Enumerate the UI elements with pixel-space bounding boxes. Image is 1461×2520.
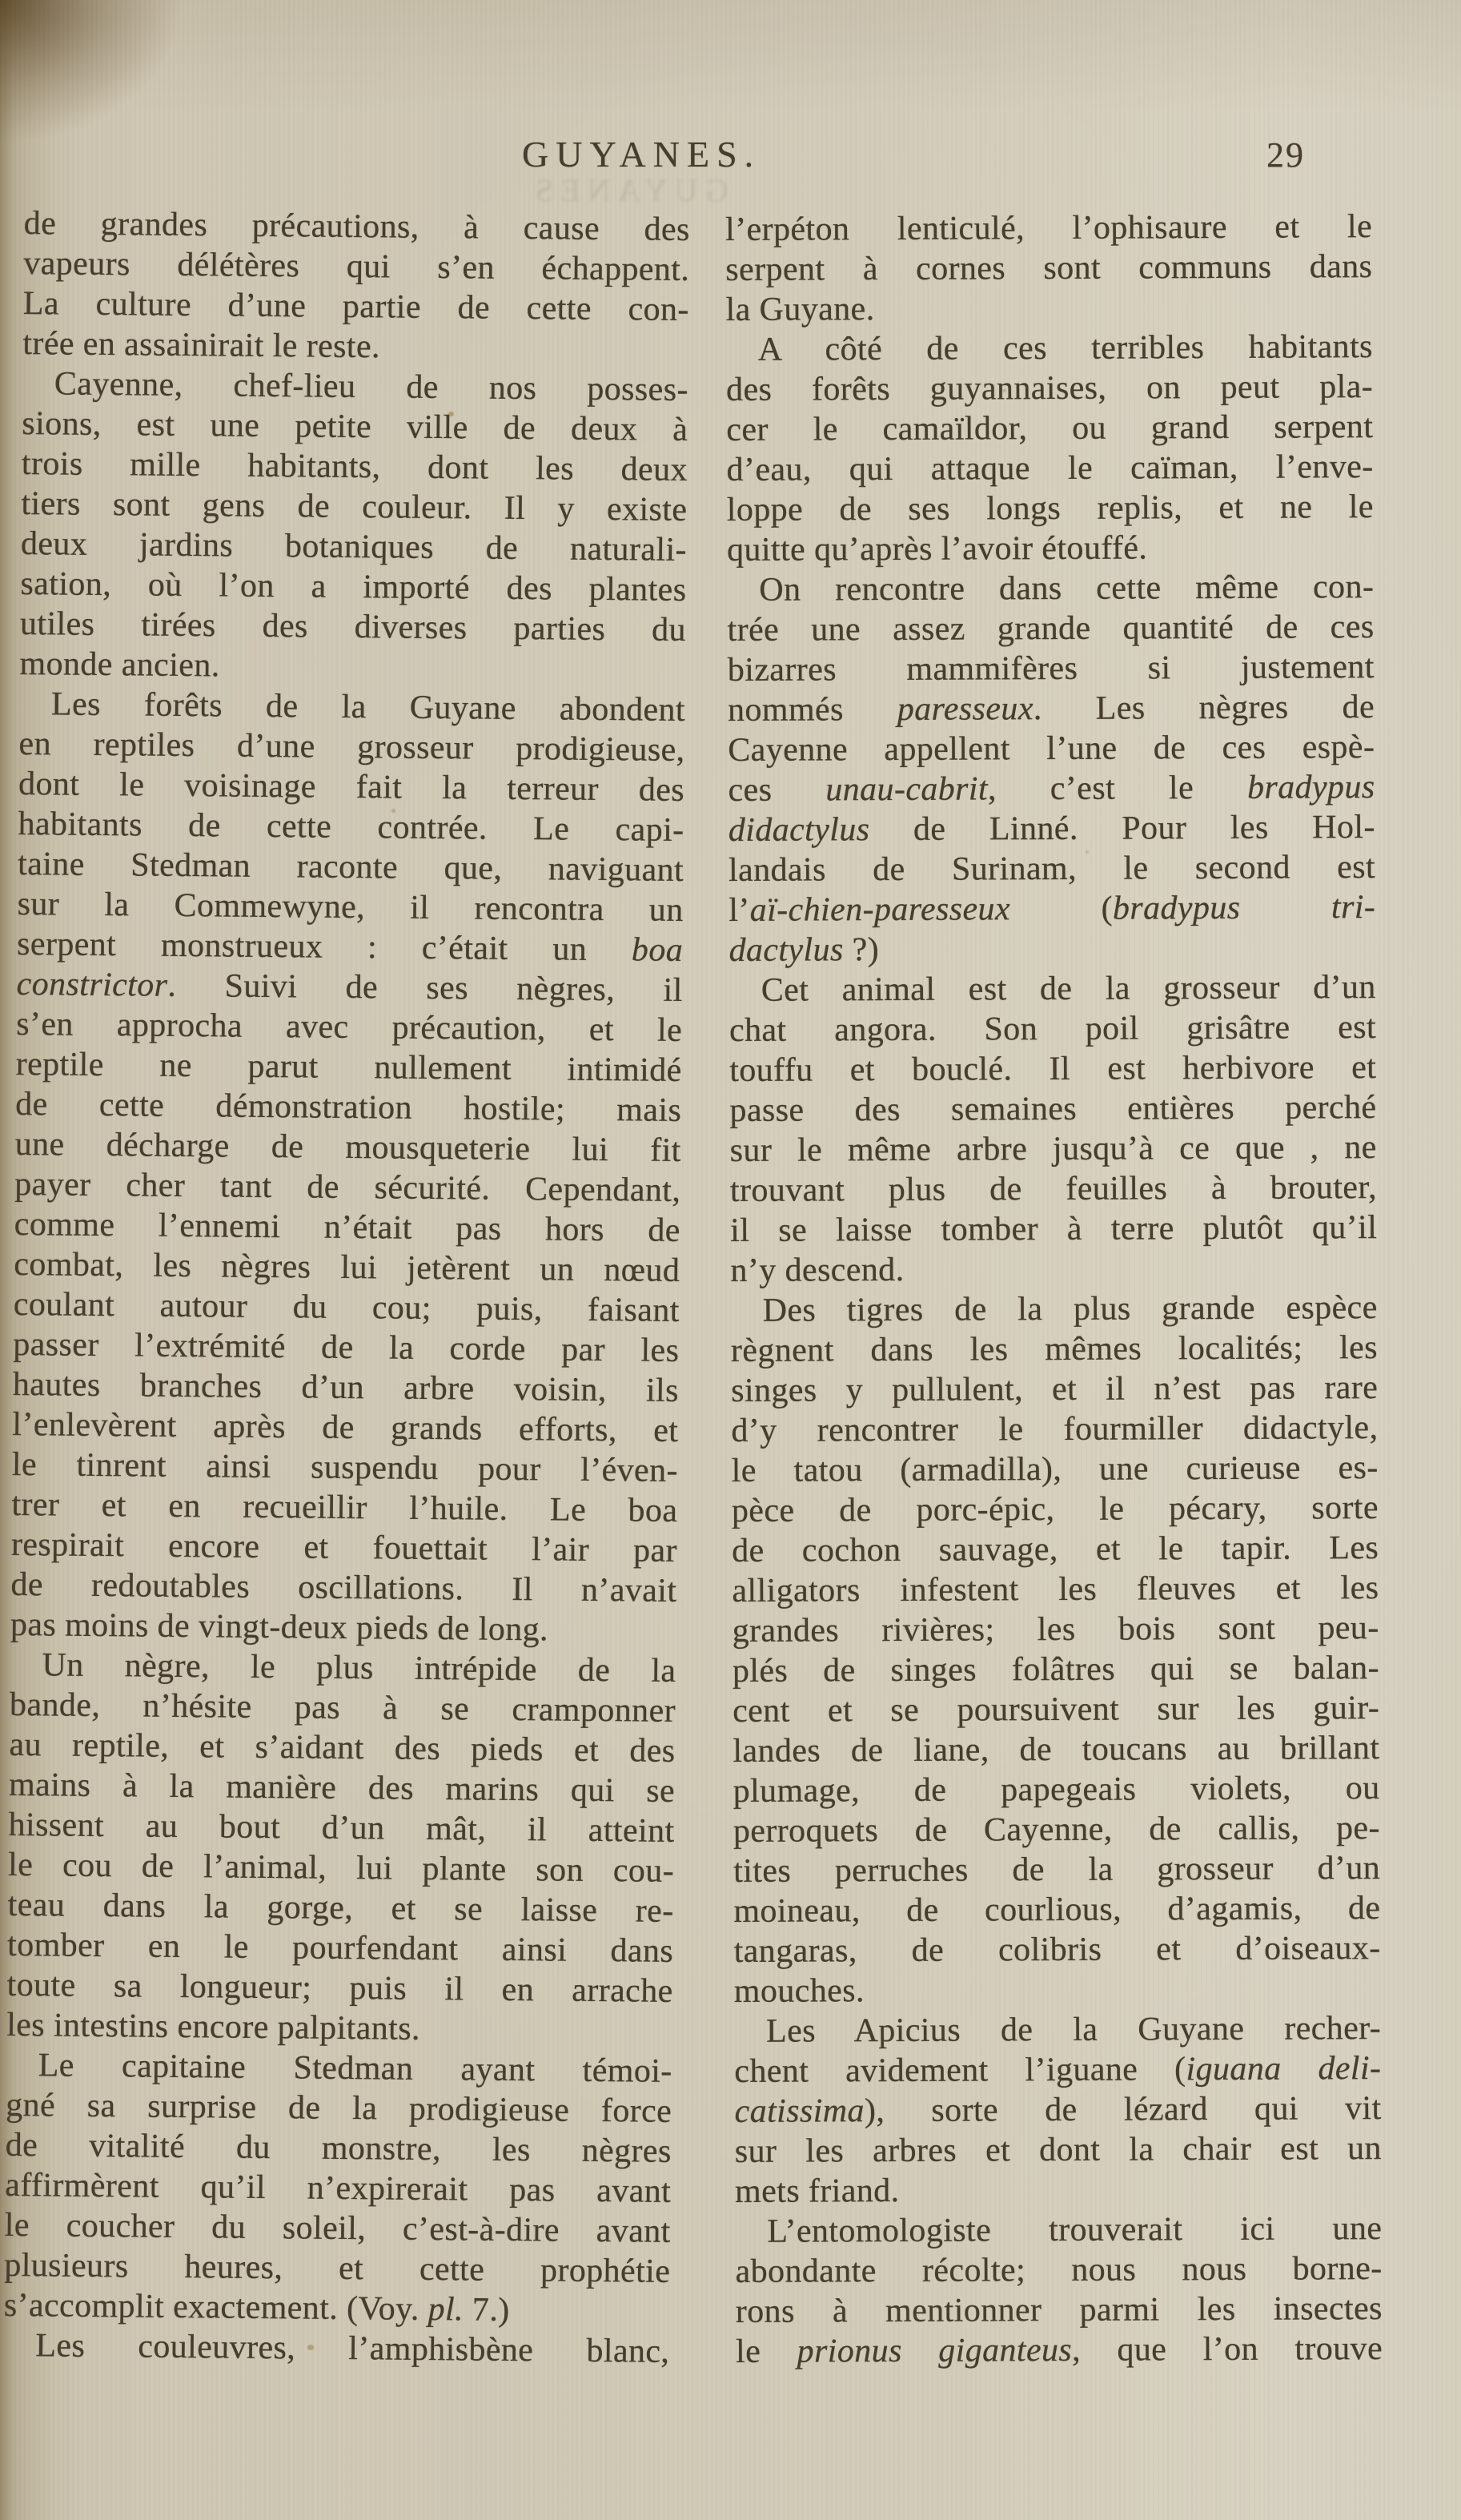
text-line: tiers sont gens de couleur. Il y existe	[21, 484, 687, 530]
text-line: cent et se poursuivent sur les guir-	[733, 1688, 1379, 1731]
text-line: combat, les nègres lui jetèrent un nœud	[14, 1244, 680, 1291]
text-line: respirait encore et fouettait l’air par	[11, 1525, 677, 1571]
bleed-through-text: GUYANES	[528, 171, 728, 209]
text-line: n’y descend.	[730, 1248, 1377, 1291]
text-line: l’erpéton lenticulé, l’ophisaure et le	[725, 207, 1372, 250]
text-line: s’en approcha avec précaution, et le	[16, 1004, 682, 1051]
text-line: constrictor. Suivi de ses nègres, il	[16, 964, 682, 1011]
page-corner-stain	[0, 0, 184, 144]
text-line: trer et en recueillir l’huile. Le boa	[11, 1485, 677, 1531]
text-line: Des tigres de la plus grande espèce	[731, 1288, 1378, 1331]
text-line: plusieurs heures, et cette prophétie	[4, 2245, 670, 2292]
text-line: Les Apicius de la Guyane recher-	[734, 2008, 1381, 2052]
text-column-right: l’erpéton lenticulé, l’ophisaure et lese…	[725, 207, 1383, 2372]
text-line: le tinrent ainsi suspendu pour l’éven-	[12, 1445, 678, 1491]
text-line: règnent dans les mêmes localités; les	[731, 1328, 1378, 1371]
text-line: touffu et bouclé. Il est herbivore et	[729, 1047, 1376, 1091]
text-line: coulant autour du cou; puis, faisant	[14, 1284, 680, 1331]
text-line: trois mille habitants, dont les deux	[22, 444, 688, 490]
text-line: le coucher du soleil, c’est-à-dire avant	[5, 2205, 671, 2252]
text-line: A côté de ces terribles habitants	[726, 327, 1373, 370]
text-line: landes de liane, de toucans au brillant	[733, 1728, 1379, 1771]
text-line: sur le même arbre jusqu’à ce que , ne	[730, 1127, 1377, 1171]
text-line: dont le voisinage fait la terreur des	[18, 764, 684, 810]
text-line: sur les arbres et dont la chair est un	[735, 2128, 1382, 2172]
text-line: de grandes précautions, à cause des	[24, 203, 690, 250]
text-line: habitants de cette contrée. Le capi-	[18, 804, 684, 850]
text-line: il se laisse tomber à terre plutôt qu’il	[730, 1208, 1377, 1251]
text-line: serpent à cornes sont communs dans	[725, 247, 1372, 290]
text-line: bande, n’hésite pas à se cramponner	[10, 1685, 676, 1731]
text-line: le cou de l’animal, lui plante son cou-	[8, 1845, 674, 1891]
text-line: hautes branches d’un arbre voisin, ils	[13, 1364, 679, 1411]
text-line: tomber en le pourfendant ainsi dans	[7, 1925, 673, 1971]
text-line: au reptile, et s’aidant des pieds et des	[9, 1725, 675, 1771]
text-line: moineau, de courlious, d’agamis, de	[733, 1888, 1380, 1931]
text-line: catissima), sorte de lézard qui vit	[734, 2088, 1381, 2132]
text-line: comme l’ennemi n’était pas hors de	[14, 1204, 680, 1251]
text-line: sions, est une petite ville de deux à	[22, 404, 688, 450]
text-line: de cochon sauvage, et le tapir. Les	[732, 1528, 1379, 1571]
text-line: de vitalité du monstre, les nègres	[6, 2125, 672, 2172]
text-line: de redoutables oscillations. Il n’avait	[10, 1565, 676, 1611]
text-line: Cet animal est de la grosseur d’un	[729, 967, 1376, 1011]
text-line: le prionus giganteus, que l’on trouve	[736, 2329, 1383, 2372]
text-line: dactylus ?)	[728, 927, 1375, 971]
text-line: deux jardins botaniques de naturali-	[21, 524, 687, 570]
text-line: pèce de porc-épic, le pécary, sorte	[732, 1488, 1379, 1531]
text-line: passe des semaines entières perché	[729, 1087, 1376, 1131]
text-line: Cayenne appellent l’une de ces espè-	[728, 727, 1375, 770]
text-line: de cette démonstration hostile; mais	[15, 1084, 681, 1131]
text-line: le tatou (armadilla), une curieuse es-	[732, 1448, 1379, 1491]
text-line: Un nègre, le plus intrépide de la	[10, 1645, 676, 1691]
text-line: chat angora. Son poil grisâtre est	[729, 1007, 1376, 1051]
text-line: chent avidement l’iguane (iguana deli-	[734, 2048, 1381, 2092]
text-line: La culture d’une partie de cette con-	[23, 283, 689, 330]
text-line: perroquets de Cayenne, de callis, pe-	[733, 1808, 1380, 1851]
text-line: l’aï-chien-paresseux (bradypus tri-	[728, 887, 1375, 930]
text-line: landais de Surinam, le second est	[728, 847, 1375, 890]
text-line: On rencontre dans cette même con-	[727, 567, 1374, 610]
running-title: GUYANES.	[522, 133, 761, 175]
text-line: teau dans la gorge, et se laisse re-	[7, 1885, 673, 1931]
text-line: sation, où l’on a importé des plantes	[20, 564, 686, 610]
text-line: didactylus de Linné. Pour les Hol-	[728, 807, 1375, 850]
text-line: monde ancien.	[19, 644, 685, 690]
text-line: Les forêts de la Guyane abondent	[19, 684, 685, 730]
text-line: payer cher tant de sécurité. Cependant,	[14, 1164, 680, 1211]
text-line: Le capitaine Stedman ayant témoi-	[6, 2045, 672, 2092]
text-line: plés de singes folâtres qui se balan-	[733, 1648, 1379, 1691]
text-line: bizarres mammifères si justement	[728, 647, 1375, 690]
text-line: rons à mentionner parmi les insectes	[736, 2289, 1383, 2332]
text-line: en reptiles d’une grosseur prodigieuse,	[18, 724, 684, 770]
text-line: taine Stedman raconte que, naviguant	[18, 844, 684, 890]
text-line: cer le camaïldor, ou grand serpent	[726, 407, 1373, 450]
text-line: l’enlevèrent après de grands efforts, et	[12, 1405, 678, 1451]
text-line: singes y pullulent, et il n’est pas rare	[731, 1368, 1378, 1411]
text-line: Les couleuvres, l’amphisbène blanc,	[3, 2325, 669, 2372]
scanned-book-page: GUYANES. 29 GUYANES de grandes précautio…	[0, 0, 1461, 2520]
text-line: ces unau-cabrit, c’est le bradypus	[728, 767, 1375, 810]
text-line: tangaras, de colibris et d’oiseaux-	[734, 1928, 1381, 1971]
text-line: d’eau, qui attaque le caïman, l’enve-	[726, 447, 1373, 490]
text-line: reptile ne parut nullement intimidé	[15, 1044, 681, 1091]
text-line: L’entomologiste trouverait ici une	[735, 2209, 1382, 2252]
text-line: quitte qu’après l’avoir étouffé.	[727, 527, 1374, 570]
text-line: sur la Commewyne, il rencontra un	[17, 884, 683, 930]
text-line: plumage, de papegeais violets, ou	[733, 1768, 1380, 1811]
text-line: une décharge de mousqueterie lui fit	[15, 1124, 681, 1171]
text-line: Cayenne, chef-lieu de nos posses-	[22, 364, 688, 410]
text-line: trouvant plus de feuilles à brouter,	[730, 1168, 1377, 1211]
text-line: tites perruches de la grosseur d’un	[733, 1848, 1380, 1891]
text-line: pas moins de vingt-deux pieds de long.	[10, 1605, 676, 1651]
text-line: trée une assez grande quantité de ces	[727, 607, 1374, 650]
text-line: toute sa longueur; puis il en arrache	[6, 1965, 672, 2012]
text-line: s’accomplit exactement. (Voy. pl. 7.)	[4, 2285, 670, 2332]
text-line: mets friand.	[735, 2168, 1382, 2212]
text-line: des forêts guyannaises, on peut pla-	[726, 367, 1373, 410]
text-line: grandes rivières; les bois sont peu-	[733, 1608, 1379, 1651]
text-line: passer l’extrémité de la corde par les	[13, 1324, 679, 1371]
text-line: mains à la manière des marins qui se	[9, 1765, 675, 1811]
text-line: la Guyane.	[725, 287, 1372, 330]
text-column-left: de grandes précautions, à cause desvapeu…	[3, 203, 690, 2372]
text-line: mouches.	[734, 1968, 1381, 2012]
text-line: affirmèrent qu’il n’expirerait pas avant	[5, 2165, 671, 2212]
text-line: les intestins encore palpitants.	[6, 2005, 672, 2052]
page-number: 29	[1266, 135, 1305, 175]
text-line: gné sa surprise de la prodigieuse force	[6, 2085, 672, 2132]
text-line: nommés paresseux. Les nègres de	[728, 687, 1375, 730]
text-line: alligators infestent les fleuves et les	[732, 1568, 1379, 1611]
text-line: d’y rencontrer le fourmiller didactyle,	[731, 1408, 1378, 1451]
text-line: vapeurs délétères qui s’en échappent.	[23, 243, 689, 290]
text-line: abondante récolte; nous nous borne-	[735, 2249, 1382, 2292]
text-line: loppe de ses longs replis, et ne le	[727, 487, 1374, 530]
text-line: hissent au bout d’un mât, il atteint	[8, 1805, 674, 1851]
text-line: utiles tirées des diverses parties du	[20, 604, 686, 650]
text-line: trée en assainirait le reste.	[22, 324, 688, 370]
text-line: serpent monstrueux : c’était un boa	[17, 924, 683, 971]
